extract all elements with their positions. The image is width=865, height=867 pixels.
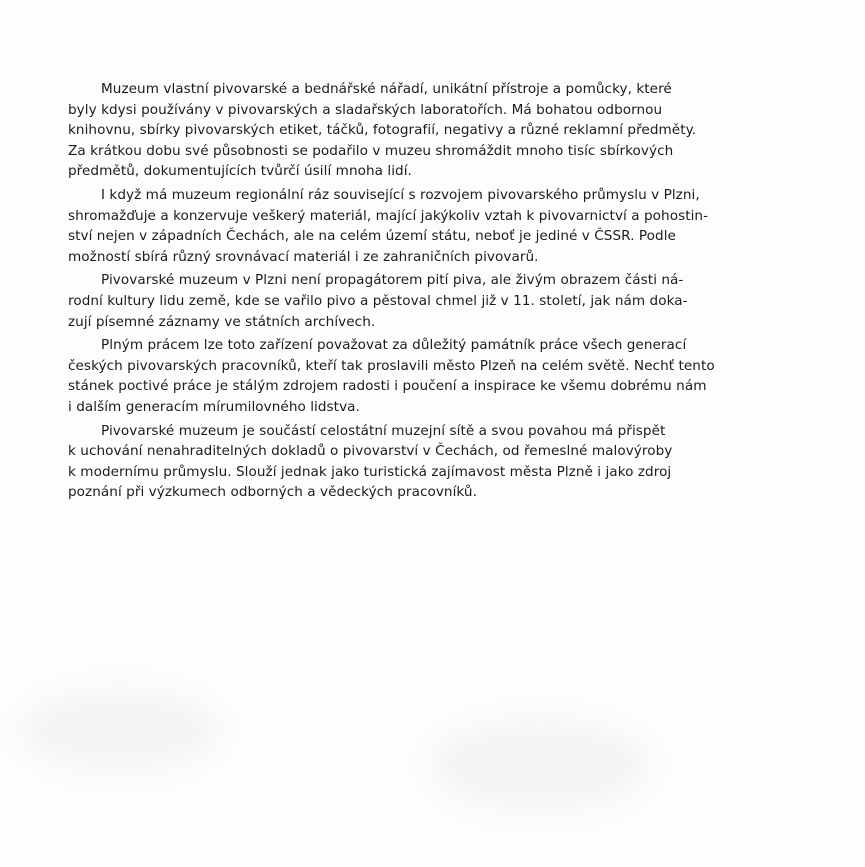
text-line: shromažďuje a konzervuje veškerý materiá… (68, 206, 760, 227)
text-line: Pivovarské muzeum je součástí celostátní… (68, 421, 760, 442)
text-line: ství nejen v západních Čechách, ale na c… (68, 226, 760, 247)
text-line: rodní kultury lidu země, kde se vařilo p… (68, 291, 760, 312)
text-line: stánek poctivé práce je stálým zdrojem r… (68, 376, 760, 397)
text-line: předmětů, dokumentujících tvůrčí úsilí m… (68, 161, 760, 182)
text-line: byly kdysi používány v pivovarských a sl… (68, 100, 760, 121)
text-line: I když má muzeum regionální ráz souvisej… (68, 185, 760, 206)
paragraph-1: Muzeum vlastní pivovarské a bednářské ná… (68, 79, 760, 182)
paper-smudge (20, 690, 220, 770)
paper-smudge (430, 720, 650, 810)
paragraph-5: Pivovarské muzeum je součástí celostátní… (68, 421, 760, 503)
text-line: českých pivovarských pracovníků, kteří t… (68, 356, 760, 377)
paragraph-3: Pivovarské muzeum v Plzni není propagáto… (68, 270, 760, 332)
paragraph-2: I když má muzeum regionální ráz souvisej… (68, 185, 760, 267)
text-line: Muzeum vlastní pivovarské a bednářské ná… (68, 79, 760, 100)
text-line: k uchování nenahraditelných dokladů o pi… (68, 441, 760, 462)
paragraph-4: Plným prácem lze toto zařízení považovat… (68, 335, 760, 417)
text-line: i dalším generacím mírumilovného lidstva… (68, 397, 760, 418)
document-page: Muzeum vlastní pivovarské a bednářské ná… (68, 79, 760, 506)
text-line: Plným prácem lze toto zařízení považovat… (68, 335, 760, 356)
text-line: knihovnu, sbírky pivovarských etiket, tá… (68, 120, 760, 141)
text-line: Pivovarské muzeum v Plzni není propagáto… (68, 270, 760, 291)
text-line: k modernímu průmyslu. Slouží jednak jako… (68, 462, 760, 483)
text-line: poznání při výzkumech odborných a vědeck… (68, 482, 760, 503)
text-line: zují písemné záznamy ve státních archíve… (68, 312, 760, 333)
text-line: Za krátkou dobu své působnosti se podaři… (68, 141, 760, 162)
text-line: možností sbírá různý srovnávací materiál… (68, 247, 760, 268)
